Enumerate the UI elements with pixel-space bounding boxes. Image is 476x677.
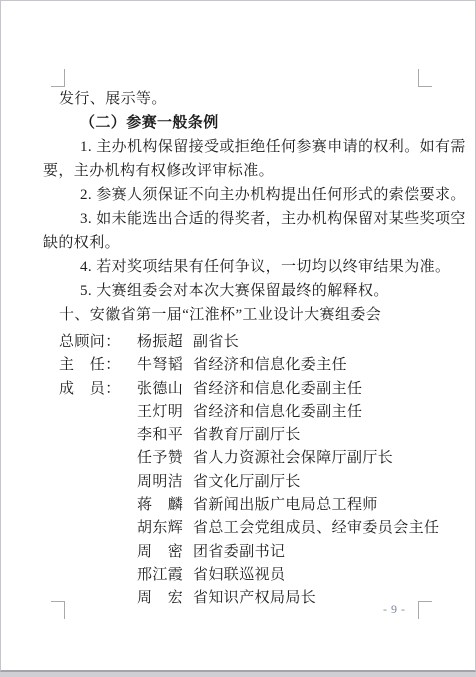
committee-member-name: 杨振超: [137, 331, 184, 354]
body-line: 5. 大赛组委会对本次大赛保留最终的解释权。: [43, 279, 423, 303]
committee-member-title: 省经济和信息化委副主任: [193, 404, 362, 420]
committee-member-title: 省经济和信息化委主任: [193, 357, 347, 373]
body-line: 4. 若对奖项结果有任何争议，一切均以终审结果为准。: [43, 255, 423, 279]
committee-row: 蒋 麟省新闻出版广电局总工程师: [59, 494, 423, 517]
committee-member-name: 邢江霞: [137, 564, 184, 587]
committee-member-title: 省总工会党组成员、经审委员会主任: [193, 520, 439, 536]
committee-row: 成 员：张德山省经济和信息化委副主任: [59, 378, 423, 401]
committee-member-name: 蒋 麟: [137, 494, 184, 517]
committee-row: 周 密团省委副书记: [59, 541, 423, 564]
page-number: -9-: [383, 602, 406, 617]
committee-member-title: 省教育厅副厅长: [193, 427, 301, 443]
committee-member-title: 省文化厅副厅长: [193, 474, 301, 490]
page-number-dash-right: -: [401, 602, 406, 616]
body-line: 2. 参赛人须保证不向主办机构提出任何形式的索偿要求。: [43, 183, 423, 207]
page-content: 发行、展示等。 （二）参赛一般条例 1. 主办机构保留接受或拒绝任何参赛申请的权…: [43, 87, 423, 611]
committee-member-name: 周 密: [137, 541, 184, 564]
committee-member-name: 胡东辉: [137, 517, 184, 540]
body-line: 1. 主办机构保留接受或拒绝任何参赛申请的权利。如有需: [43, 135, 423, 159]
committee-role-label: 总顾问：: [59, 331, 137, 354]
committee-row: 总顾问：杨振超副省长: [59, 331, 423, 354]
committee-member-title: 省新闻出版广电局总工程师: [193, 497, 378, 513]
committee-row: 周明洁省文化厅副厅长: [59, 471, 423, 494]
committee-member-name: 周 宏: [137, 587, 184, 610]
committee-member-title: 省人力资源社会保障厅副厅长: [193, 450, 393, 466]
crop-mark-top-left: [51, 69, 65, 87]
committee-row: 李和平省教育厅副厅长: [59, 424, 423, 447]
body-line: 3. 如未能选出合适的得奖者，主办机构保留对某些奖项空: [43, 207, 423, 231]
committee-member-name: 张德山: [137, 378, 184, 401]
committee-member-title: 团省委副书记: [193, 544, 285, 560]
committee-row: 任予赞省人力资源社会保障厅副厅长: [59, 447, 423, 470]
committee-row: 王灯明省经济和信息化委副主任: [59, 401, 423, 424]
committee-member-title: 省知识产权局局长: [193, 590, 316, 606]
committee-member-name: 周明洁: [137, 471, 184, 494]
committee-list: 总顾问：杨振超副省长 主 任：牛弩韬省经济和信息化委主任 成 员：张德山省经济和…: [43, 331, 423, 611]
committee-row: 胡东辉省总工会党组成员、经审委员会主任: [59, 517, 423, 540]
committee-role-label: 成 员：: [59, 378, 137, 401]
committee-row: 邢江霞省妇联巡视员: [59, 564, 423, 587]
committee-member-name: 李和平: [137, 424, 184, 447]
crop-mark-top-right: [418, 69, 432, 87]
page-number-value: 9: [391, 602, 398, 616]
chapter-heading: 十、安徽省第一届“江淮杯”工业设计大赛组委会: [43, 303, 423, 327]
committee-member-name: 任予赞: [137, 447, 184, 470]
committee-member-title: 省妇联巡视员: [193, 567, 285, 583]
body-line: 发行、展示等。: [43, 87, 423, 111]
committee-member-name: 王灯明: [137, 401, 184, 424]
committee-member-title: 副省长: [193, 334, 239, 350]
committee-row: 主 任：牛弩韬省经济和信息化委主任: [59, 354, 423, 377]
page-number-dash-left: -: [383, 602, 388, 616]
committee-member-title: 省经济和信息化委副主任: [193, 381, 362, 397]
document-page: 发行、展示等。 （二）参赛一般条例 1. 主办机构保留接受或拒绝任何参赛申请的权…: [0, 0, 476, 672]
section-heading: （二）参赛一般条例: [43, 111, 423, 135]
committee-role-label: 主 任：: [59, 354, 137, 377]
committee-member-name: 牛弩韬: [137, 354, 184, 377]
body-line: 要，主办机构有权修改评审标准。: [43, 159, 423, 183]
committee-row: 周 宏省知识产权局局长: [59, 587, 423, 610]
body-line: 缺的权利。: [43, 231, 423, 255]
